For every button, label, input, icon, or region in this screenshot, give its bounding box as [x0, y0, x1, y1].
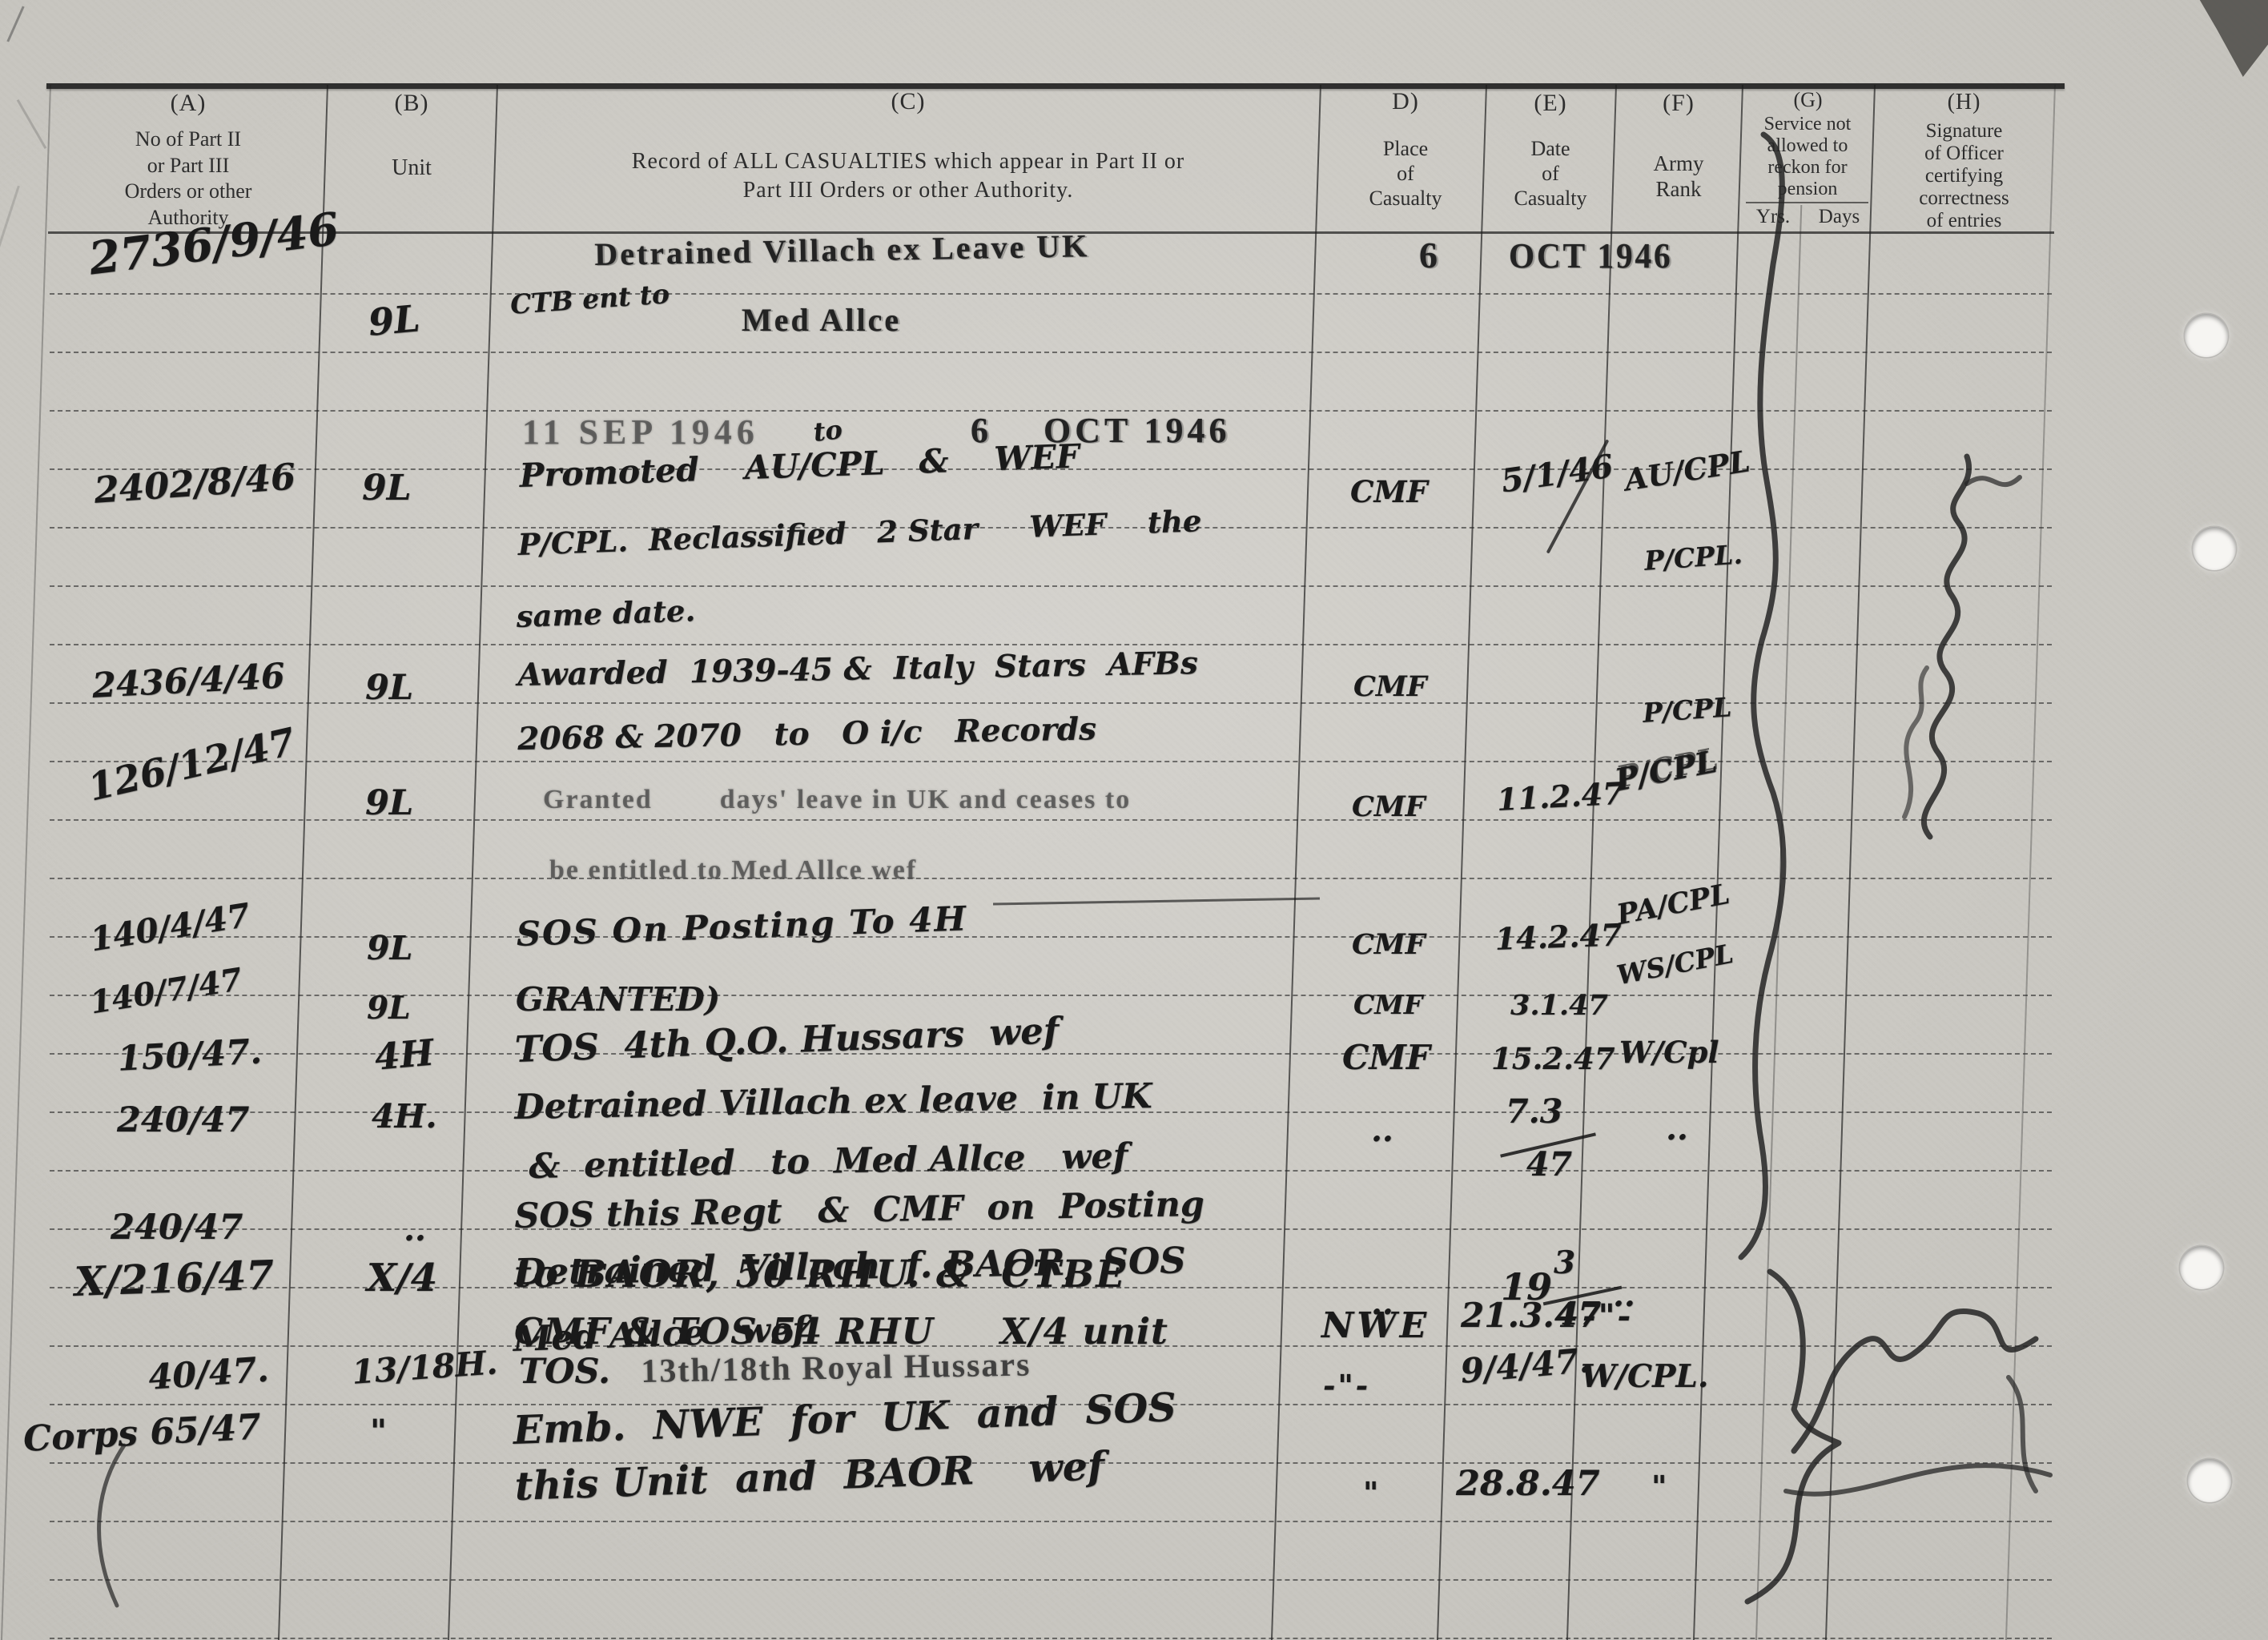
entry-record-stamp: be entitled to Med Allce wef: [549, 857, 917, 884]
entry-record: Detrained Villach f. BAOR, SOS: [514, 1242, 1186, 1290]
entry-place: CMF: [1353, 673, 1426, 701]
entry-place: CMF: [1352, 931, 1425, 959]
entry-unit: 4H: [373, 1035, 435, 1075]
entry-place: CMF: [1342, 1041, 1430, 1075]
entry-unit: X/4: [367, 1259, 437, 1297]
entry-unit: 9L: [367, 932, 412, 965]
entry-date: 14.2.47: [1494, 919, 1623, 955]
entry-date-fraction: 7.3 47: [1506, 1095, 1634, 1200]
pen-flourish: [48, 1441, 176, 1618]
entry-rank: W/Cpl: [1619, 1038, 1719, 1067]
entry-record: CMF & TOS 54 RHU X/4 unit: [514, 1313, 1168, 1349]
entry-record-stamp: 13th/18th Royal Hussars: [641, 1348, 1031, 1388]
entry-unit-ditto: ": [370, 1416, 387, 1448]
col-e-letter: (E): [1486, 91, 1615, 115]
col-a-letter: (A): [50, 91, 327, 115]
entry-place-ditto: ": [1363, 1478, 1378, 1508]
entry-date: 21.3.47: [1461, 1299, 1601, 1332]
entry-rank: W/CPL.: [1581, 1361, 1708, 1393]
entry-record-stamp: Detrained Villach ex Leave UK: [594, 230, 1090, 271]
col-b-letter: (B): [327, 91, 497, 115]
entry-unit-ditto: ..: [404, 1214, 426, 1246]
entry-record-hand: TOS.: [519, 1355, 610, 1389]
entry-order-no: 40/47.: [147, 1353, 270, 1396]
entry-record: & entitled to Med Allce wef: [529, 1140, 1128, 1184]
entry-date: 28.8.47: [1456, 1467, 1600, 1501]
entry-unit: 9L: [365, 786, 413, 821]
col-c-letter: (C): [497, 90, 1320, 114]
entry-record: GRANTED): [516, 983, 720, 1016]
entry-place: CMF: [1353, 991, 1422, 1018]
grouping-brace: [1706, 128, 1818, 1265]
entry-unit: 13/18H.: [351, 1346, 499, 1389]
entry-date: 15.2.47: [1491, 1044, 1615, 1074]
signature-scrawl: [1810, 432, 2034, 849]
entry-rank-ditto: -"-: [1582, 1300, 1633, 1332]
entry-date-from-stamp: 11 SEP 1946: [522, 415, 759, 450]
entry-place: CMF: [1352, 793, 1425, 821]
entry-unit: 9L: [367, 299, 421, 340]
scanned-casualty-form: (A) No of Part II or Part III Orders or …: [0, 0, 2268, 1640]
entry-record-stamp: Med Allce: [742, 304, 901, 336]
signature-scrawl: [1770, 1281, 2058, 1529]
entry-date: 3.1.47: [1510, 991, 1608, 1019]
col-d-letter: D): [1325, 90, 1486, 114]
entry-order-no: X/216/47: [74, 1255, 275, 1302]
col-h-letter: (H): [1874, 91, 2054, 114]
col-g-letter: (G): [1742, 90, 1874, 111]
entry-place: CMF: [1350, 477, 1428, 507]
entry-unit: 4H.: [372, 1100, 437, 1133]
entry-date: 11.2.47: [1496, 778, 1624, 815]
col-c-label: Record of ALL CASUALTIES which appear in…: [497, 147, 1320, 206]
col-b-label: Unit: [327, 157, 497, 179]
entry-order-no: 2436/4/46: [91, 659, 286, 704]
dashed-row-rule: [50, 1638, 2052, 1639]
entry-unit: 9L: [367, 993, 411, 1024]
entry-record: 2068 & 2070 to O i/c Records: [517, 713, 1096, 755]
entry-unit: 9L: [365, 671, 413, 705]
entry-place-stamp: 6: [1419, 237, 1440, 274]
entry-to-word: to: [812, 416, 843, 445]
entry-place: NWE: [1321, 1308, 1430, 1344]
entry-rank-ditto: ..: [1666, 1113, 1688, 1145]
entry-record: same date.: [516, 596, 696, 632]
entry-place-ditto: ..: [1371, 1115, 1393, 1147]
col-f-letter: (F): [1615, 91, 1742, 115]
entry-record-stamp: Granted days' leave in UK and ceases to: [543, 786, 1131, 814]
col-d-label: Place of Casualty: [1325, 136, 1486, 211]
entry-rank-ditto: ": [1651, 1472, 1667, 1501]
entry-unit: 9L: [362, 471, 412, 506]
entry-order-no: 240/47: [117, 1103, 249, 1138]
entry-order-no: 150/47.: [117, 1035, 263, 1076]
entry-order-no: 240/47: [111, 1211, 243, 1245]
entry-date-stamp: OCT 1946: [1509, 239, 1673, 274]
entry-place-ditto: -"-: [1323, 1371, 1370, 1401]
col-e-label: Date of Casualty: [1486, 136, 1615, 211]
col-h-label: Signature of Officer certifying correctn…: [1874, 120, 2054, 232]
